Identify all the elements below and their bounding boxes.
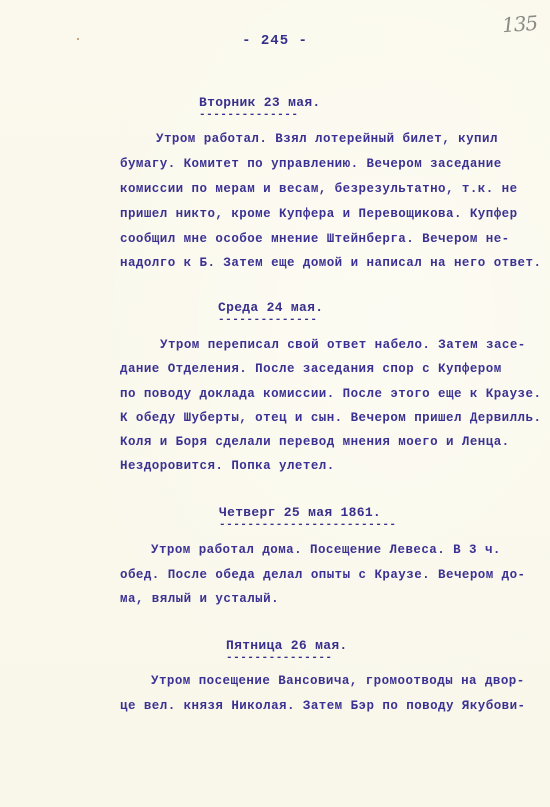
entry-line: Утром работал. Взял лотерейный билет, ку…	[156, 132, 498, 146]
heading-underline: --------------	[199, 111, 321, 119]
entry-line: Коля и Боря сделали перевод мнения моего…	[120, 435, 510, 449]
entry-line: надолго к Б. Затем еще домой и написал н…	[120, 256, 541, 270]
heading-text: Среда 24 мая.	[218, 300, 323, 315]
entry-line: це вел. князя Николая. Затем Бэр по пово…	[120, 699, 526, 713]
handwritten-archive-number: 135	[501, 11, 538, 37]
page-number: - 245 -	[0, 33, 550, 49]
entry-line: комиссии по мерам и весам, безрезультатн…	[120, 182, 518, 196]
entry-line: по поводу доклада комиссии. После этого …	[120, 387, 541, 401]
heading-text: Пятница 26 мая.	[226, 638, 348, 653]
entry-line: сообщил мне особое мнение Штейнберга. Ве…	[120, 232, 510, 246]
entry-heading-wednesday: Среда 24 мая. --------------	[218, 300, 323, 324]
heading-underline: ---------------	[226, 654, 348, 662]
heading-text: Вторник 23 мая.	[199, 95, 321, 110]
entry-line: дание Отделения. После заседания спор с …	[120, 362, 502, 376]
entry-line: К обеду Шуберты, отец и сын. Вечером при…	[120, 411, 541, 425]
heading-underline: --------------	[218, 316, 323, 324]
entry-heading-tuesday: Вторник 23 мая. --------------	[199, 95, 321, 119]
entry-line: обед. После обеда делал опыты с Краузе. …	[120, 568, 526, 582]
entry-heading-friday: Пятница 26 мая. ---------------	[226, 638, 348, 662]
entry-line: пришел никто, кроме Купфера и Перевощико…	[120, 207, 518, 221]
entry-heading-thursday: Четверг 25 мая 1861. -------------------…	[219, 505, 397, 529]
entry-line: ма, вялый и усталый.	[120, 592, 279, 606]
entry-line: Утром работал дома. Посещение Левеса. В …	[151, 543, 501, 557]
heading-text: Четверг 25 мая 1861.	[219, 505, 381, 520]
entry-line: бумагу. Комитет по управлению. Вечером з…	[120, 157, 502, 171]
entry-line: Утром посещение Вансовича, громоотводы н…	[151, 674, 525, 688]
entry-line: Нездоровится. Попка улетел.	[120, 459, 335, 473]
entry-line: Утром переписал свой ответ набело. Затем…	[160, 338, 526, 352]
heading-underline: -------------------------	[219, 521, 397, 529]
